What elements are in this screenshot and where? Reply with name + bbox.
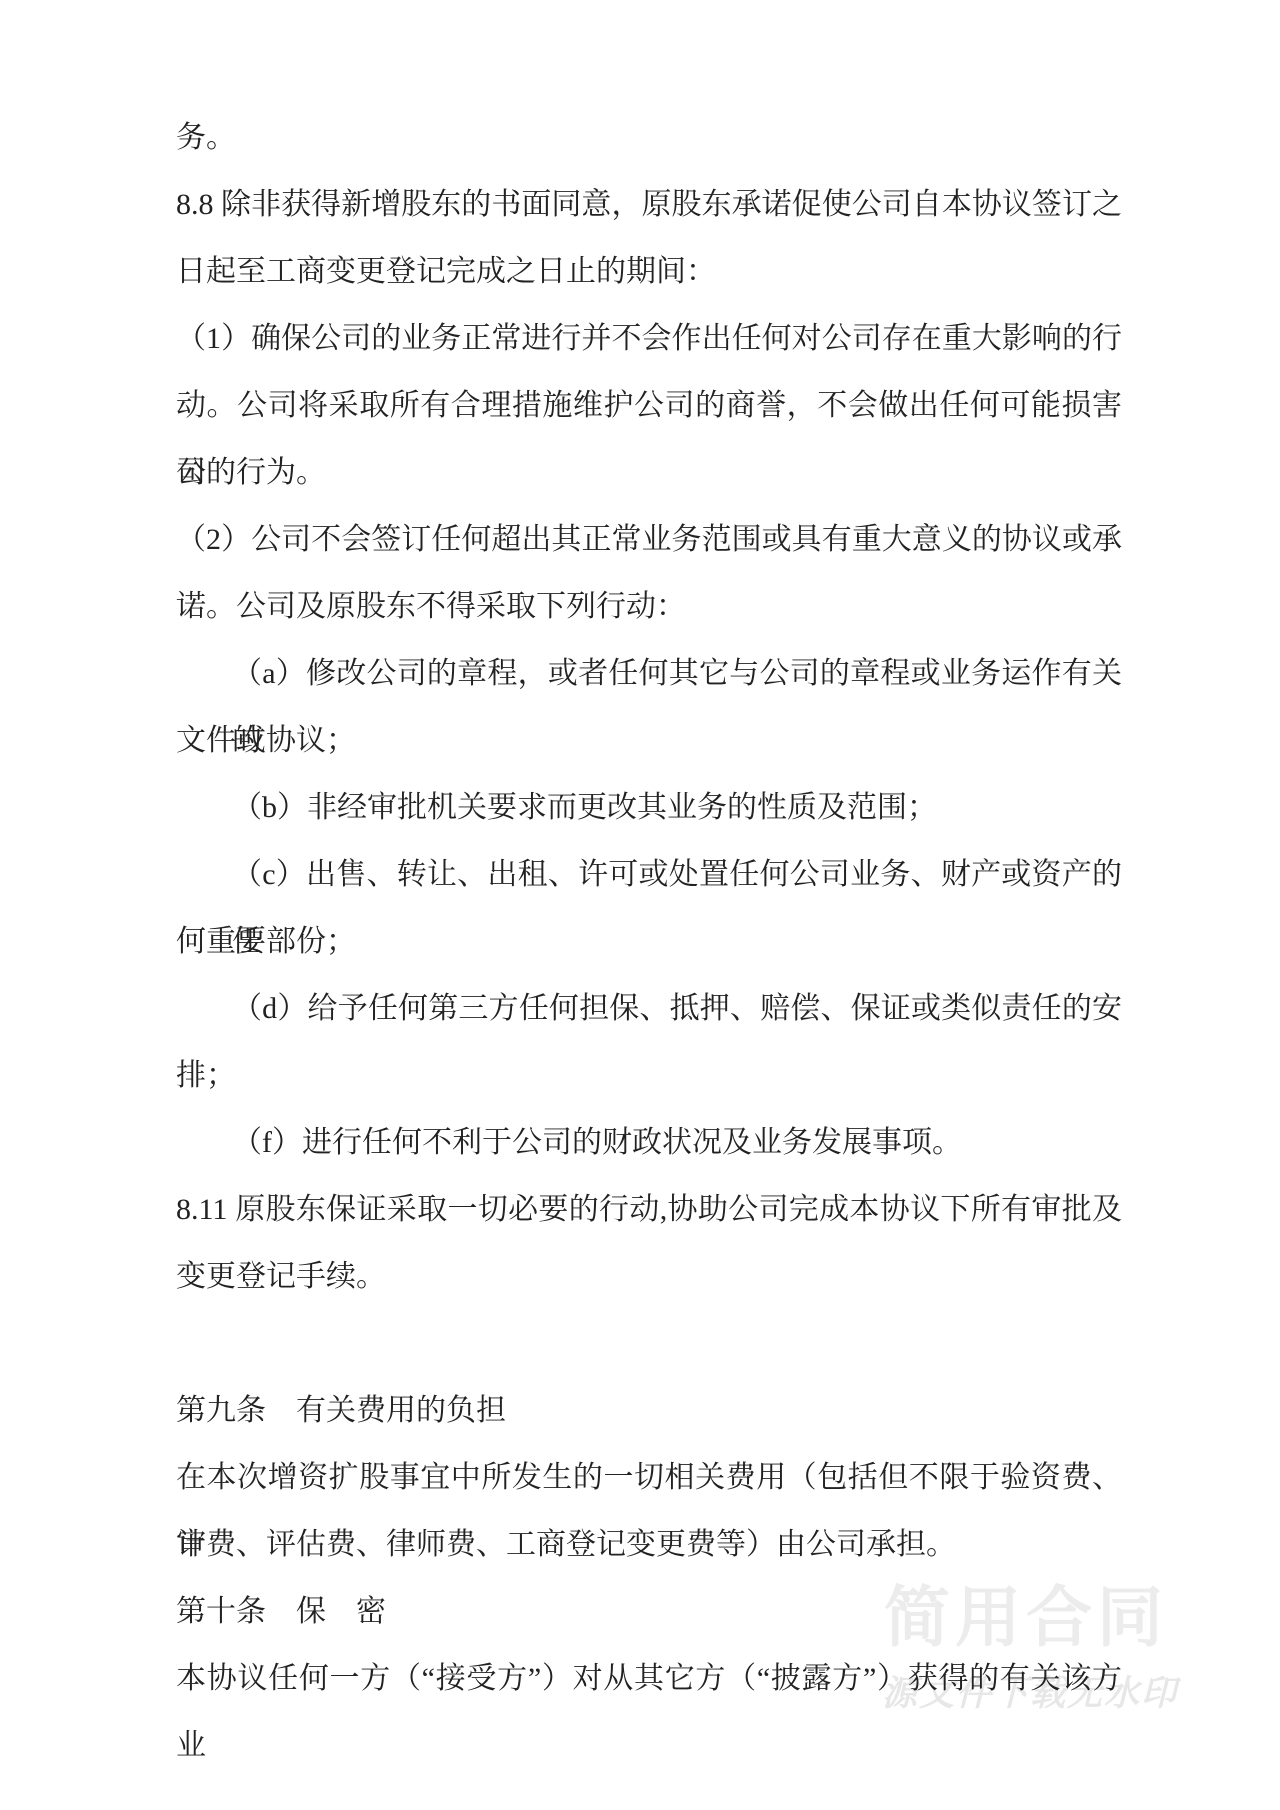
doc-line-article-10-heading: 第十条 保 密 — [176, 1578, 1122, 1645]
contract-page: 简用合同 源文件下载无水印 务。 8.8 除非获得新增股东的书面同意，原股东承诺… — [0, 0, 1280, 1810]
doc-line-item-1: （1）确保公司的业务正常进行并不会作出任何对公司存在重大影响的行 — [176, 305, 1122, 372]
doc-line: 务。 — [176, 104, 1122, 171]
doc-line: 文件或协议； — [176, 707, 1122, 774]
doc-line-item-d: （d）给予任何第三方任何担保、抵押、赔偿、保证或类似责任的安 — [176, 975, 1122, 1042]
doc-blank-line — [176, 1310, 1122, 1377]
doc-line: 排； — [176, 1042, 1122, 1109]
doc-line: 在本次增资扩股事宜中所发生的一切相关费用（包括但不限于验资费、审 — [176, 1444, 1122, 1511]
doc-line: 司的行为。 — [176, 439, 1122, 506]
doc-line: 计费、评估费、律师费、工商登记变更费等）由公司承担。 — [176, 1511, 1122, 1578]
doc-line-article-9-heading: 第九条 有关费用的负担 — [176, 1377, 1122, 1444]
doc-line-item-f: （f）进行任何不利于公司的财政状况及业务发展事项。 — [176, 1109, 1122, 1176]
doc-line-item-a: （a）修改公司的章程，或者任何其它与公司的章程或业务运作有关的 — [176, 640, 1122, 707]
doc-line: 动。公司将采取所有合理措施维护公司的商誉，不会做出任何可能损害公 — [176, 372, 1122, 439]
doc-line-clause-8-11: 8.11 原股东保证采取一切必要的行动,协助公司完成本协议下所有审批及 — [176, 1176, 1122, 1243]
doc-line: 诺。公司及原股东不得采取下列行动： — [176, 573, 1122, 640]
contract-body: 务。 8.8 除非获得新增股东的书面同意，原股东承诺促使公司自本协议签订之 日起… — [176, 104, 1122, 1712]
doc-line-item-b: （b）非经审批机关要求而更改其业务的性质及范围； — [176, 774, 1122, 841]
doc-line: 变更登记手续。 — [176, 1243, 1122, 1310]
doc-line-clause-8-8: 8.8 除非获得新增股东的书面同意，原股东承诺促使公司自本协议签订之 — [176, 171, 1122, 238]
doc-line-item-c: （c）出售、转让、出租、许可或处置任何公司业务、财产或资产的任 — [176, 841, 1122, 908]
doc-line: 本协议任何一方（“接受方”）对从其它方（“披露方”）获得的有关该方业 — [176, 1645, 1122, 1712]
doc-line: 何重要部份； — [176, 908, 1122, 975]
doc-line: 日起至工商变更登记完成之日止的期间： — [176, 238, 1122, 305]
doc-line-item-2: （2）公司不会签订任何超出其正常业务范围或具有重大意义的协议或承 — [176, 506, 1122, 573]
